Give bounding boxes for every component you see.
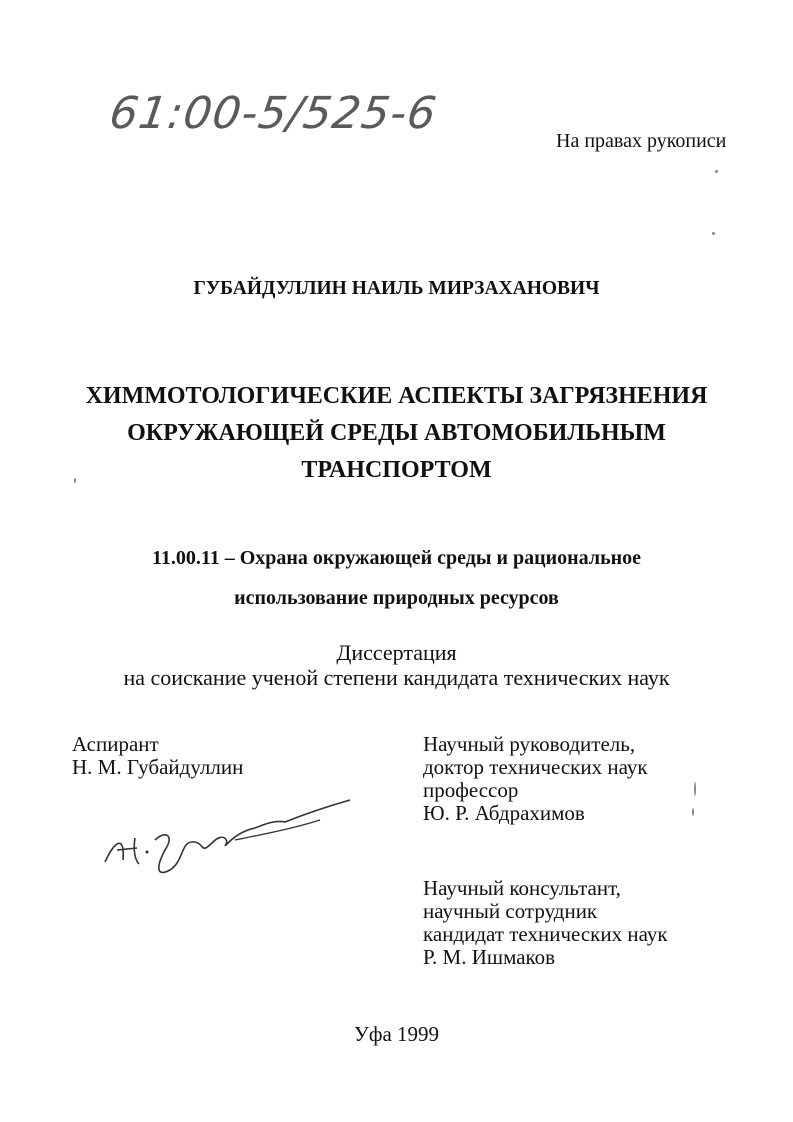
specialty-line: использование природных ресурсов: [0, 578, 793, 618]
scan-speck: [694, 782, 696, 796]
aspirant-block: Аспирант Н. М. Губайдуллин: [72, 733, 243, 779]
consultant-name: Р. М. Ишмаков: [423, 946, 668, 969]
signature-image: [95, 780, 365, 880]
title-line: ТРАНСПОРТОМ: [0, 452, 793, 489]
scan-speck: [692, 808, 694, 816]
consultant-role: Научный консультант,: [423, 877, 668, 900]
aspirant-role: Аспирант: [72, 733, 243, 756]
supervisor-role: Научный руководитель,: [423, 733, 648, 756]
dissertation-type: Диссертация на соискание ученой степени …: [0, 640, 793, 690]
scan-speck: [720, 140, 724, 143]
supervisor-title: профессор: [423, 779, 648, 802]
supervisor-degree: доктор технических наук: [423, 756, 648, 779]
author-name: ГУБАЙДУЛЛИН НАИЛЬ МИРЗАХАНОВИЧ: [0, 278, 793, 300]
dissertation-label: Диссертация: [0, 640, 793, 665]
title-line: ОКРУЖАЮЩЕЙ СРЕДЫ АВТОМОБИЛЬНЫМ: [0, 415, 793, 452]
consultant-position: научный сотрудник: [423, 900, 668, 923]
dissertation-title: ХИММОТОЛОГИЧЕСКИЕ АСПЕКТЫ ЗАГРЯЗНЕНИЯ ОК…: [0, 378, 793, 489]
supervisor-name: Ю. Р. Абдрахимов: [423, 802, 648, 825]
specialty-line: 11.00.11 – Охрана окружающей среды и рац…: [0, 538, 793, 578]
title-line: ХИММОТОЛОГИЧЕСКИЕ АСПЕКТЫ ЗАГРЯЗНЕНИЯ: [0, 378, 793, 415]
consultant-degree: кандидат технических наук: [423, 923, 668, 946]
city-year: Уфа 1999: [0, 1022, 793, 1047]
consultant-block: Научный консультант, научный сотрудник к…: [423, 877, 668, 969]
degree-sought: на соискание ученой степени кандидата те…: [0, 665, 793, 690]
specialty: 11.00.11 – Охрана окружающей среды и рац…: [0, 538, 793, 618]
archive-code-handwritten: 61:00-5/525-6: [106, 88, 440, 139]
scan-speck: [715, 170, 718, 173]
aspirant-name: Н. М. Губайдуллин: [72, 756, 243, 779]
rights-note: На правах рукописи: [556, 130, 726, 153]
scan-speck: [74, 478, 76, 483]
supervisor-block: Научный руководитель, доктор технических…: [423, 733, 648, 825]
scan-speck: [712, 232, 715, 235]
